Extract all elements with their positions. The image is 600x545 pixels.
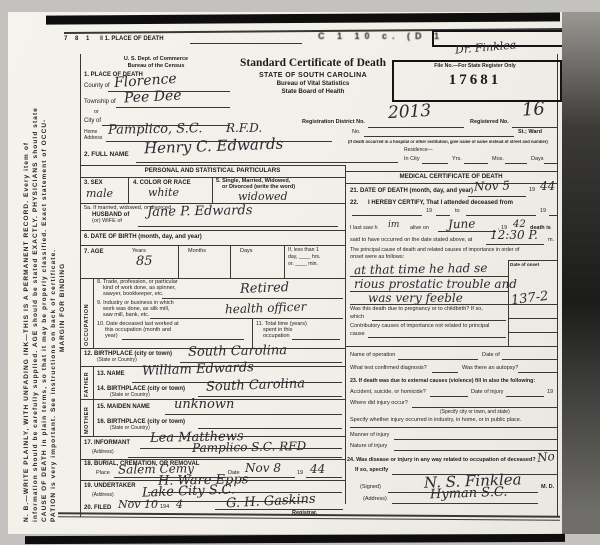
rule <box>368 337 506 338</box>
if-so-specify-label: If so, specify <box>355 468 388 474</box>
age-label: 7. AGE <box>84 249 103 255</box>
rule <box>512 127 557 128</box>
rule <box>505 163 527 164</box>
margin-note-line4: PATION is very important. See instructio… <box>51 249 58 522</box>
industry-label3: saw mill, bank, etc. <box>103 313 149 319</box>
birthplace-sublabel: (State or Country) <box>97 358 137 363</box>
or-label: or <box>94 110 99 116</box>
scan-bottom-bar <box>25 534 565 544</box>
sex-label: 3. SEX <box>84 180 103 186</box>
cause-of-death-line1: at that time he had se <box>354 262 488 276</box>
full-name-label: 2. FULL NAME <box>84 152 129 159</box>
strip-smudge: C 1 10 c. (D 1 <box>318 32 444 41</box>
rule <box>508 318 557 319</box>
wife-of-label: (or) WIFE of <box>92 219 122 225</box>
sex-value: male <box>86 188 113 199</box>
column-divider <box>345 165 346 504</box>
physician-address-label: (Address) <box>363 497 387 503</box>
last-saw-label: I last saw h <box>350 226 378 232</box>
state-label: STATE OF SOUTH CAROLINA <box>227 72 399 79</box>
margin-binding-heading: MARGIN FOR BINDING <box>60 263 67 352</box>
test-label: What test confirmed diagnosis? <box>350 366 427 372</box>
signed-label: (Signed) <box>360 485 381 491</box>
days-label: Days <box>531 157 544 163</box>
mos-label: Mos. <box>492 157 504 163</box>
date-of-death-label: 21. DATE OF DEATH (month, day, and year) <box>350 188 473 194</box>
rule <box>508 332 557 333</box>
cause-of-death-line2: rious prostatic trouble and <box>354 278 517 290</box>
which-label: which <box>350 315 364 321</box>
rule <box>80 230 345 231</box>
principal-cause-label2: onset were as follows: <box>350 255 404 261</box>
certify-number: 22. <box>350 200 358 206</box>
cell-divider <box>93 399 94 436</box>
file-number-value: 17681 <box>394 73 556 89</box>
filed-date-value: Nov 10 <box>118 499 158 510</box>
township-label: Township of <box>84 99 116 105</box>
age-years-value: 85 <box>136 255 153 268</box>
rule <box>412 407 557 408</box>
in-city-label: In City <box>404 157 420 163</box>
age-months-label: Months <box>188 249 206 255</box>
scan-edge-shadow <box>562 12 600 534</box>
lastwork-label3: year) <box>105 334 118 340</box>
rule <box>392 503 538 504</box>
dod-year-value: 44 <box>540 180 555 192</box>
institution-note: (If death occurred in a hospital or othe… <box>348 140 548 144</box>
rule <box>502 359 557 360</box>
county-label: County of <box>84 83 110 89</box>
dob-label: 6. DATE OF BIRTH (month, day, and year) <box>84 234 202 240</box>
form-left-border <box>80 54 81 517</box>
rule <box>241 477 295 478</box>
trade-value: Retired <box>240 281 290 296</box>
registered-no-value: 16 <box>521 100 545 120</box>
mother-side-label: MOTHER <box>85 407 91 434</box>
mother-birthplace-sublabel: (State or Country) <box>110 426 150 431</box>
md-label: M. D. <box>541 485 554 491</box>
autopsy-label: Was there an autopsy? <box>462 366 518 372</box>
registration-district-label: Registration District No. <box>302 120 365 126</box>
rule <box>80 165 345 166</box>
personal-section-title: PERSONAL AND STATISTICAL PARTICULARS <box>80 168 345 175</box>
township-value: Pee Dee <box>124 89 182 106</box>
rule <box>438 231 496 232</box>
rule <box>394 439 557 440</box>
specify-injury-label: Specify whether injury occurred in indus… <box>350 418 521 424</box>
burial-place-label: Place <box>96 471 110 477</box>
occurred-label: said to have occurred on the date stated… <box>350 238 472 244</box>
address-label: Address <box>84 136 102 141</box>
accident-label: Accident, suicide, or homicide? <box>350 390 426 396</box>
vital-statistics-label: Bureau of Vital Statistics <box>227 81 399 88</box>
informant-address-label: (Address) <box>92 450 114 455</box>
father-birthplace-sublabel: (State or Country) <box>110 393 150 398</box>
certify-year-a: 19 <box>426 209 432 215</box>
registration-district-value: 2013 <box>388 103 432 122</box>
rule <box>394 450 557 451</box>
burial-date-value: Nov 8 <box>245 462 281 474</box>
occupation-side-label: OCCUPATION <box>85 304 91 346</box>
birthplace-value: South Carolina <box>188 344 287 359</box>
pregnancy-question-label: Was this death due to pregnancy or to ch… <box>350 307 483 313</box>
rule <box>466 215 536 216</box>
rule <box>165 414 342 415</box>
undertaker-address-label: (Address) <box>92 493 114 498</box>
rule <box>398 359 478 360</box>
rfd-value: R.F.D. <box>226 122 262 134</box>
where-injury-sublabel: (Specify city or town, and state) <box>440 410 510 415</box>
totaltime-label3: occupation <box>263 334 290 340</box>
physician-address-value: Hyman S.C. <box>430 486 508 502</box>
cell-divider <box>93 278 94 348</box>
time-m-label: m. <box>548 238 554 244</box>
rule <box>506 396 544 397</box>
rule <box>468 196 526 197</box>
rule <box>464 163 488 164</box>
informant-address-value: Pamplico S.C. RFD <box>192 440 306 454</box>
dept-label: U. S. Dept. of Commerce <box>108 57 204 63</box>
medical-section-title: MEDICAL CERTIFICATE OF DEATH <box>345 174 557 181</box>
rule <box>162 298 343 299</box>
rule <box>215 509 343 510</box>
trade-label3: sawyer, bookkeeper, etc. <box>103 292 164 298</box>
rule <box>138 226 338 227</box>
rule <box>430 396 468 397</box>
father-side-label: FATHER <box>85 372 91 397</box>
margin-note-line3: CAUSE OF DEATH in plain terms, so that i… <box>42 119 49 522</box>
rule <box>518 372 557 373</box>
father-name-value: William Edwards <box>142 361 254 378</box>
cell-divider <box>212 177 213 203</box>
cell-divider <box>230 245 231 278</box>
operation-label: Name of operation <box>350 353 395 359</box>
scanned-death-certificate: 7 8 1 ‖ 1. PLACE OF DEATH C 1 10 c. (D 1… <box>0 0 600 545</box>
cell-divider <box>93 366 94 399</box>
filed-year-prefix: 194 <box>160 505 169 511</box>
industry-value: health officer <box>225 301 307 316</box>
rule <box>292 339 340 340</box>
external-causes-label: 23. If death was due to external causes … <box>350 379 535 385</box>
rule <box>432 372 458 373</box>
census-label: Bureau of the Census <box>108 64 204 70</box>
onset-box-divider <box>508 260 509 346</box>
rule <box>136 162 398 163</box>
cell-divider <box>128 177 129 203</box>
last-saw-him: im <box>388 221 399 230</box>
burial-year-prefix: 19 <box>297 471 303 477</box>
race-value: white <box>148 187 179 198</box>
rule <box>436 215 450 216</box>
city-label: City of <box>84 118 101 124</box>
rule <box>508 260 557 261</box>
rule <box>352 215 422 216</box>
rule <box>190 43 302 44</box>
rule <box>486 244 544 245</box>
margin-note-line2: information should be carefully supplied… <box>33 107 40 522</box>
contributory-label2: cause <box>350 332 365 338</box>
st-ward-label: St.; Ward <box>518 130 542 136</box>
principal-cause-label1: The principal cause of death and related… <box>350 248 519 253</box>
rule <box>306 477 342 478</box>
rule <box>350 427 557 428</box>
rule <box>80 459 345 460</box>
contributory-label1: Contributory causes of importance not re… <box>350 324 489 330</box>
rule <box>150 318 343 319</box>
no-label: No. <box>352 130 361 136</box>
rule <box>372 320 506 321</box>
father-birthplace-value: South Carolina <box>206 377 305 393</box>
occupation-related-answer: No <box>536 450 555 464</box>
rule <box>122 339 244 340</box>
time-of-death-value: 12:30 P. <box>490 229 538 241</box>
rule <box>549 215 557 216</box>
maiden-name-value: unknown <box>174 398 234 411</box>
cell-divider <box>284 245 285 278</box>
rule <box>544 163 557 164</box>
spouse-value: Jane P. Edwards <box>147 204 253 219</box>
date-of-death-value: Nov 5 <box>474 179 510 192</box>
nature-of-injury-label: Nature of injury <box>350 444 387 450</box>
rule <box>368 127 464 128</box>
maiden-name-label: 15. MAIDEN NAME <box>97 404 150 410</box>
yrs-label: Yrs. <box>452 157 462 163</box>
age-note1: If, less than 1 <box>288 248 319 253</box>
alive-on-label: alive on <box>410 226 429 232</box>
rule <box>345 171 557 172</box>
rule <box>345 346 557 347</box>
certify-year-b: 19 <box>540 209 546 215</box>
age-note2: day, ____ hrs. <box>288 255 321 260</box>
file-number-label: File No.—For State Register Only <box>394 64 556 69</box>
rule <box>128 457 342 458</box>
rule <box>116 107 230 108</box>
dod-year-prefix: 19 <box>529 188 535 194</box>
filed-label: 20. FILED <box>84 505 111 511</box>
board-of-health-label: State Board of Health <box>227 89 399 96</box>
filed-year-mark: 4 <box>176 499 183 510</box>
certificate-title: Standard Certificate of Death <box>227 57 399 69</box>
rule <box>345 183 557 184</box>
occupation-related-label: 24. Was disease or injury in any way rel… <box>347 458 536 464</box>
cause-of-death-line3: was very feeble <box>368 292 463 304</box>
certify-statement: I HEREBY CERTIFY, That I attended deceas… <box>368 200 513 206</box>
undertaker-label: 19. UNDERTAKER <box>84 483 136 489</box>
injury-date-label: Date of injury <box>471 390 503 396</box>
registered-no-label: Registered No. <box>470 120 509 126</box>
father-name-label: 13. NAME <box>97 371 125 377</box>
manner-of-injury-label: Manner of injury <box>350 433 389 439</box>
operation-date-label: Date of <box>482 353 500 359</box>
rule <box>80 245 345 246</box>
strip-marks: 7 8 1 <box>64 36 92 42</box>
injury-19-label: 19 <box>547 390 553 396</box>
date-of-onset-label: Date of onset <box>510 263 539 268</box>
rule <box>364 136 514 137</box>
where-injury-label: Where did injury occur? <box>350 401 408 407</box>
burial-year-value: 44 <box>310 463 325 475</box>
cell-divider <box>178 245 179 278</box>
form-right-border <box>557 54 558 517</box>
marital-value: widowed <box>238 191 288 202</box>
last-saw-month: June <box>448 218 476 231</box>
strip-place-of-death-label: ‖ 1. PLACE OF DEATH <box>100 36 164 42</box>
rule <box>422 163 448 164</box>
home-address-value: Pamplico, S.C. <box>108 122 203 137</box>
residence-label: Residence— <box>404 148 433 153</box>
margin-note-line1: N. B.—WRITE PLAINLY, WITH UNFADING INK—T… <box>24 142 31 522</box>
age-note3: or. ____ min. <box>288 262 318 267</box>
age-days-label: Days <box>240 249 253 255</box>
certify-to-label: to <box>455 209 460 215</box>
informant-label: 17. INFORMANT <box>84 440 130 446</box>
